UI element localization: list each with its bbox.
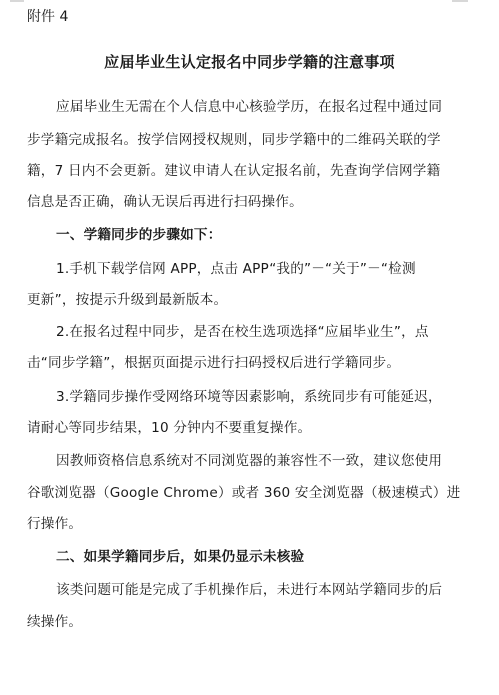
step-2-line: 2.在报名过程中同步，是否在校生选项选择“应届毕业生”，点 [56, 320, 429, 340]
attachment-label: 附件 4 [27, 6, 68, 26]
paragraph-line: 该类问题可能是完成了手机操作后，未进行本网站学籍同步的后 [56, 578, 442, 598]
browser-note-line: 行操作。 [27, 512, 82, 532]
browser-note-line: 因教师资格信息系统对不同浏览器的兼容性不一致，建议您使用 [56, 449, 442, 469]
paragraph-line: 应届毕业生无需在个人信息中心核验学历，在报名过程中通过同 [56, 95, 442, 115]
paragraph-line: 籍，7 日内不会更新。建议申请人在认定报名前，先查询学信网学籍 [27, 159, 440, 179]
step-2-line: 击“同步学籍”，根据页面提示进行扫码授权后进行学籍同步。 [27, 351, 400, 371]
step-3-line: 3.学籍同步操作受网络环境等因素影响，系统同步有可能延迟， [56, 385, 442, 405]
document-title: 应届毕业生认定报名中同步学籍的注意事项 [0, 51, 499, 72]
paragraph-line: 信息是否正确，确认无误后再进行扫码操作。 [27, 190, 303, 210]
paragraph-line: 步学籍完成报名。按学信网授权规则，同步学籍中的二维码关联的学 [27, 128, 441, 148]
browser-note-line: 谷歌浏览器（Google Chrome）或者 360 安全浏览器（极速模式）进 [27, 481, 460, 501]
step-1-line: 1.手机下载学信网 APP，点击 APP“我的”－“关于”－“检测 [56, 257, 416, 277]
step-1-line: 更新”，按提示升级到最新版本。 [27, 288, 227, 308]
step-3-line: 请耐心等同步结果，10 分钟内不要重复操作。 [27, 416, 311, 436]
paragraph-line: 续操作。 [27, 610, 82, 630]
corner-mark-right [452, 0, 468, 2]
corner-mark-left [10, 0, 24, 2]
section-heading-unverified: 二、如果学籍同步后，如果仍显示未核验 [56, 545, 304, 565]
section-heading-steps: 一、学籍同步的步骤如下： [56, 223, 222, 243]
